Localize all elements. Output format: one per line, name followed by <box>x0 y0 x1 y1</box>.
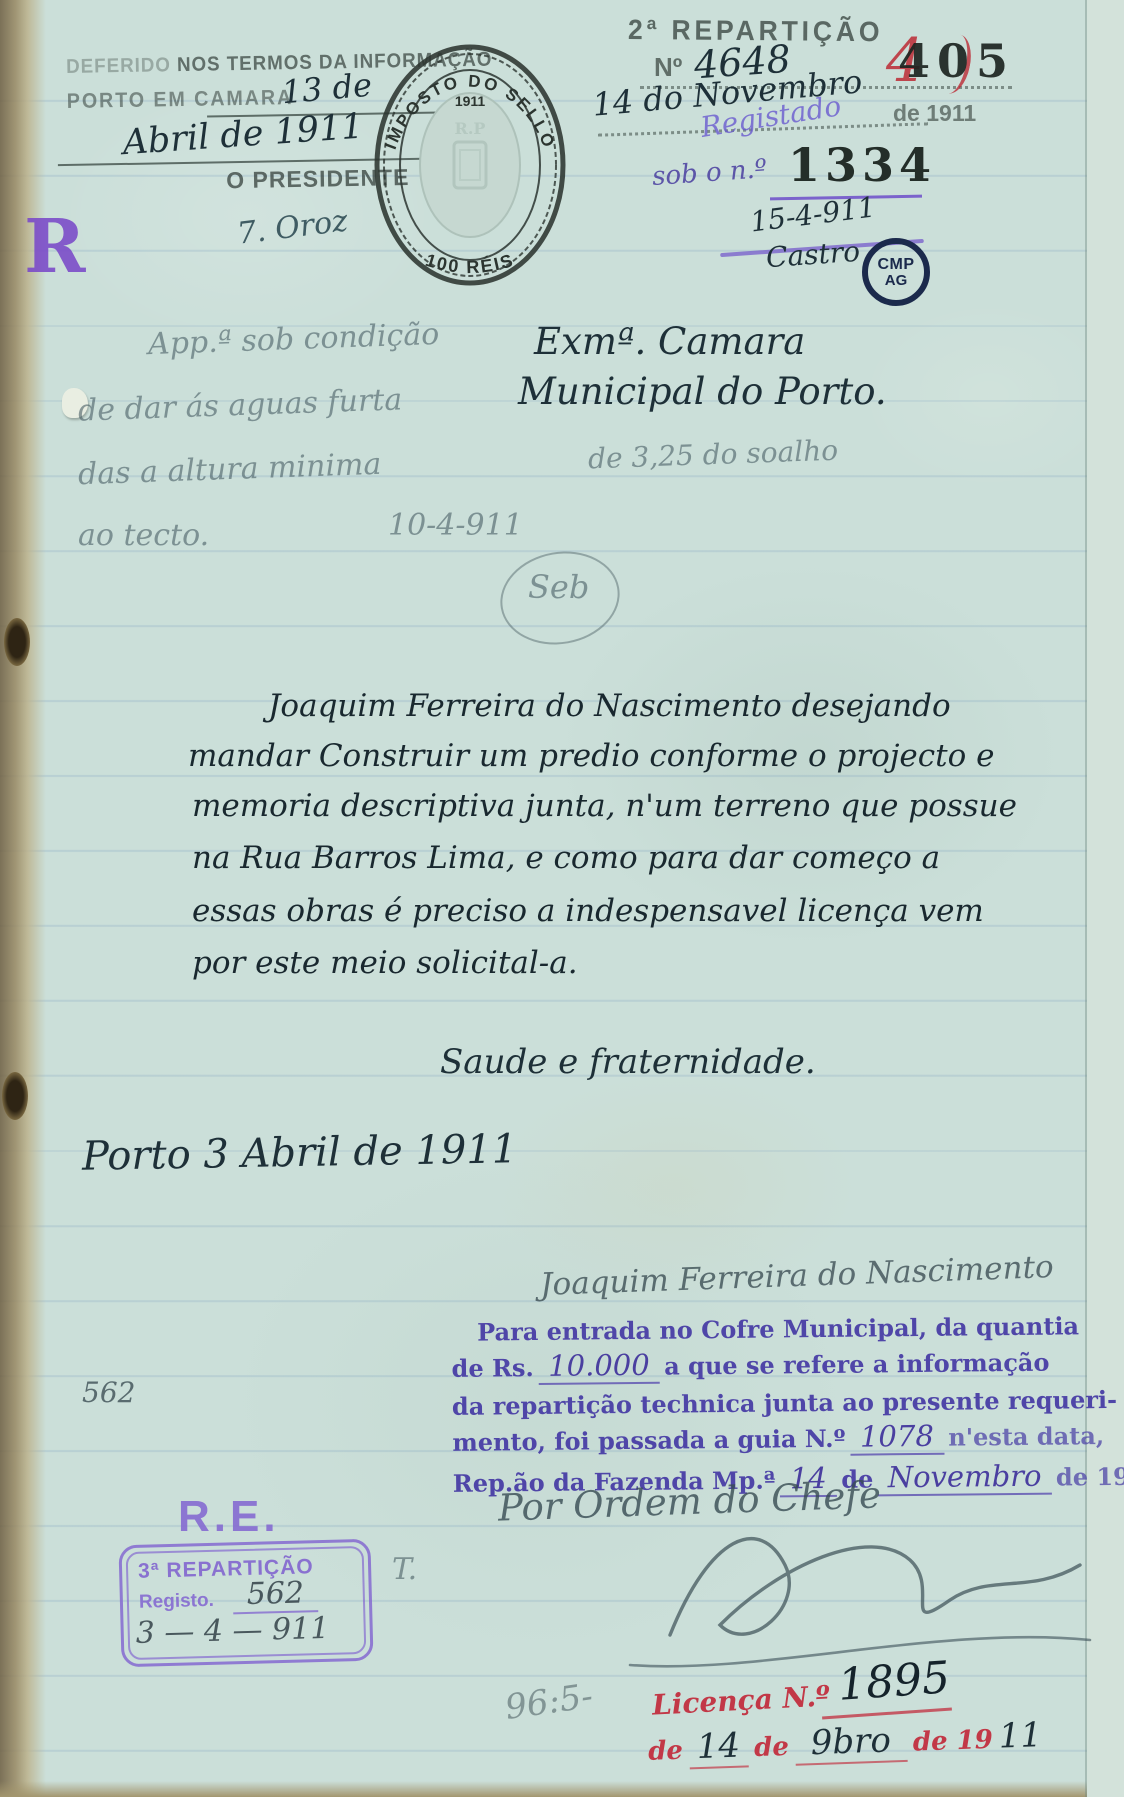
reparticao3-stamp-box: 3ª REPARTIÇÃO Registo. 562 3 — 4 — 911 <box>118 1539 373 1668</box>
registo-date-hand: 3 — 4 — 911 <box>135 1611 329 1651</box>
deferido-hand-month: Abril de 1911 <box>121 107 364 164</box>
cofre-line5c: de 19 <box>1056 1462 1124 1492</box>
petition-line-1: Joaquim Ferreira do Nascimento desejando <box>268 688 951 724</box>
cofre-line2: de Rs. 10.000 a que se refere a informaç… <box>451 1342 1124 1390</box>
punch-hole-top <box>4 618 30 666</box>
re-side-mark: T. <box>392 1552 417 1587</box>
pencil-note-line2: de dar ás aguas furta <box>77 382 402 428</box>
cofre-line4a: mento, foi passada a guia N.º <box>452 1424 846 1457</box>
petition-line-5: essas obras é preciso a indespensavel li… <box>192 893 984 929</box>
registry-number-pencil: 562 <box>82 1376 135 1409</box>
sob-numero-hand: sob o n.º <box>651 154 768 192</box>
licenca-number-hand: 1895 <box>836 1652 951 1711</box>
licenca-year-hand: 11 <box>998 1715 1043 1756</box>
licenca-de2: de <box>754 1732 790 1763</box>
licenca-day-hand: 14 <box>688 1725 749 1769</box>
pencil-note-line1: App.ª sob condição <box>147 317 439 362</box>
cofre-month-hand: Novembro <box>878 1459 1052 1497</box>
cofre-line4b: n'esta data, <box>948 1421 1104 1452</box>
cmp-ag-stamp: CMP AG <box>862 238 930 306</box>
pencil-note-line3b: de 3,25 do soalho <box>588 434 839 476</box>
petition-line-3: memoria descriptiva junta, n'um terreno … <box>192 788 1017 824</box>
petition-line-6: por este meio solicital-a. <box>192 945 578 981</box>
pencil-note-line4: ao tecto. <box>78 518 209 553</box>
margin-letter-r: R <box>24 204 86 290</box>
castro-signature: Castro <box>765 235 861 274</box>
deferido-line2: PORTO EM CAMARA <box>67 86 294 114</box>
address-line2: Municipal do Porto. <box>518 370 887 413</box>
pencil-note-line3: das a altura minima <box>77 447 381 493</box>
petition-line-4: na Rua Barros Lima, e como para dar come… <box>192 840 940 876</box>
date2-hand: 15-4-911 <box>748 190 877 238</box>
pencil-initials-circle <box>493 542 627 653</box>
bottom-edge <box>0 1781 1124 1797</box>
licenca-de1: de <box>648 1736 684 1767</box>
cofre-guia-hand: 1078 <box>850 1419 944 1456</box>
licenca-date-row: de 14 de 9bro de 19 11 <box>647 1715 1042 1771</box>
punch-hole-bottom <box>2 1072 28 1120</box>
cofre-amount-hand: 10.000 <box>538 1348 660 1385</box>
cofre-line2b: a que se refere a informação <box>664 1348 1050 1381</box>
page-number: 405 <box>898 34 1015 88</box>
chief-signature <box>610 1505 1110 1670</box>
registo-number-hand: 562 <box>232 1575 318 1614</box>
sello-center-initials: R.P <box>455 119 486 138</box>
sob-number-stamped: 1334 <box>788 138 936 192</box>
sello-revenue-stamp: R.P IMPOSTO DO SELLO 1911 100 RÉIS <box>372 44 568 288</box>
valediction: Saude e fraternidade. <box>440 1042 816 1082</box>
deferido-word-faded: DEFERIDO <box>66 54 171 78</box>
licenca-month-hand: 9bro <box>794 1720 908 1766</box>
cmp-ag-line2: AG <box>885 273 908 288</box>
address-line1: Exmª. Camara <box>534 320 805 363</box>
pencil-note-date: 10-4-911 <box>388 508 523 543</box>
cmp-ag-line1: CMP <box>877 256 914 273</box>
licenca-de3: de 19 <box>912 1725 993 1758</box>
deferido-hand-day: 13 de <box>280 66 373 112</box>
cofre-line4: mento, foi passada a guia N.º 1078 n'est… <box>452 1416 1124 1464</box>
petitioner-signature: Joaquim Ferreira do Nascimento <box>540 1249 1055 1303</box>
scanned-document-page: R DEFERIDO NOS TERMOS DA INFORMAÇÃO PORT… <box>0 0 1124 1797</box>
president-signature: 7. Oroz <box>235 203 349 251</box>
registo-label: Registo. <box>139 1590 215 1614</box>
sello-stamp-graphic: R.P IMPOSTO DO SELLO 1911 100 RÉIS <box>372 44 568 288</box>
petition-line-2: mandar Construir um predio conforme o pr… <box>188 738 994 774</box>
cofre-line2a: de Rs. <box>451 1353 534 1383</box>
re-letters: R.E. <box>178 1492 280 1542</box>
dateline: Porto 3 Abril de 1911 <box>82 1126 518 1180</box>
chief-signature-graphic <box>610 1505 1110 1670</box>
licenca-label: Licença N.º <box>651 1679 831 1721</box>
licenca-pencil-amount: 96:5- <box>503 1676 596 1728</box>
sello-year: 1911 <box>455 93 486 109</box>
